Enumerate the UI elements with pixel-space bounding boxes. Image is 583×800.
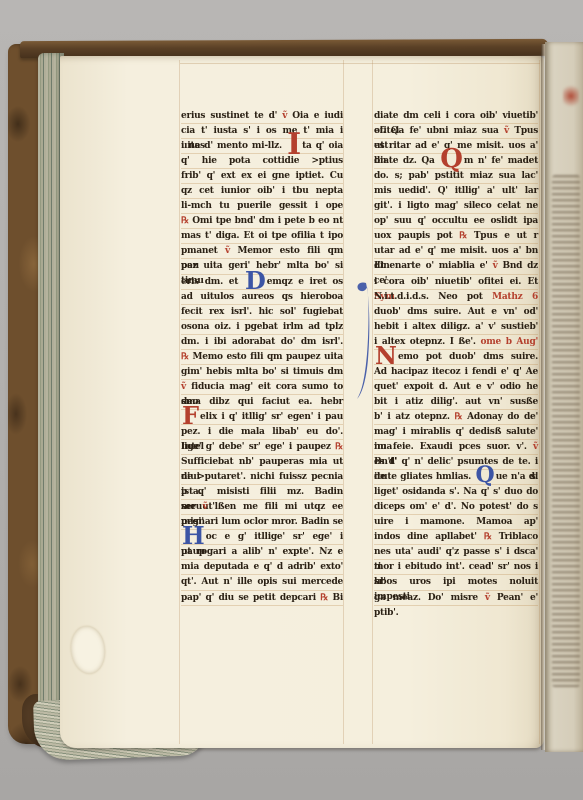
text-line: ut rogari a alib' n' expte'. Nz e [181, 545, 343, 560]
text-line: Nemo pot duob' dms suire. [374, 350, 538, 365]
text-line: bit i atiz dilig'. aut vn' susße [374, 395, 538, 410]
text-line: Felix i q' itllig' sr' egen' i pau [181, 410, 343, 425]
text-line: qz cet iunior oib' i tbu nepta [181, 184, 343, 199]
text-line: i cora oib' niuetib' ofitei ei. Et Sym [374, 275, 538, 290]
text-line: mia deputada e q' d adrib' exto' [181, 560, 343, 575]
text-segment: Et enarte o' miablia e' [374, 261, 493, 271]
rubric-mark: ℞ [335, 442, 343, 452]
text-segment: Triblaco [492, 532, 538, 542]
text-line: dm. i ibi adorabat do' dm isrl'. [181, 335, 343, 350]
text-line: uire i mamone. Mamoa ap' [374, 515, 538, 530]
text-line: diate dz. Qa Qm n' fe' madet [374, 154, 538, 169]
text-segment: ue n'a di [496, 472, 538, 482]
text-line: gim' hebis mlta bo' si timuis dm [181, 365, 343, 380]
text-line: indos dine apllabet' ℞ Triblaco [374, 530, 538, 545]
text-segment: osona oiz. i pgebat irlm ad tplz [181, 322, 343, 332]
illuminated-initial: Q [440, 144, 463, 174]
illuminated-initial: Q [476, 462, 495, 488]
text-line: qt'. Aut n' ille opis sui mercede [181, 575, 343, 590]
rubric-mark: ℞ [484, 532, 492, 542]
text-line: ei. Qa fe' ubni miaz sua ṽ Tpus est [374, 124, 538, 139]
leather-board-left [8, 44, 42, 744]
text-line: git'. i ligto mag' sileco celat ne [374, 199, 538, 214]
text-segment: me [181, 502, 203, 512]
gutter-seam [541, 44, 545, 750]
text-segment: mas t' diga. Et oi tpe ofilia t ipo [181, 231, 343, 241]
ruling-line-vertical [343, 60, 344, 744]
text-segment: Adonay do de' [462, 412, 538, 422]
text-line: i altex otepnz. I ße'. ome b Aug' [374, 335, 538, 350]
text-line: frib' q' ext ex ei gne iptiet. Cu [181, 169, 343, 184]
text-line: nu feie. Exaudi pces suor. v'. ṽ Bn't' [374, 440, 538, 455]
text-line: i ne d' mento mi-llz. Ita q' oia [181, 139, 343, 154]
text-line: diate dm celi i cora oib' viuetib' ofite… [374, 109, 538, 124]
text-segment: mis uedid'. Q' itllig' a' ult' lar [374, 186, 538, 196]
text-line: lige' g' debe' sr' ege' i paupez ℞ [181, 440, 343, 455]
text-line: b' i atz otepnz. ℞ Adonay do de' [374, 410, 538, 425]
rubric-mark: ℞ [320, 593, 328, 603]
text-segment: gim' hebis mlta bo' si timuis dm [181, 367, 343, 377]
ghost-rubric-mark [563, 84, 579, 108]
text-line: pap' q' diu se petit depcari ℞ Bi [181, 591, 343, 606]
text-line: mas t' diga. Et oi tpe ofilia t ipo [181, 229, 343, 244]
text-line: li-mch tu puerile gessit i ope [181, 199, 343, 214]
text-segment: diate dz. Qa [374, 156, 439, 166]
text-line: N.i.t.d.i.d.s. Neo pot Mathz 6 [374, 290, 538, 305]
text-segment: op' suu q' occultu ee oslidt ipa [374, 216, 538, 226]
text-line: mis uedid'. Q' itllig' a' ult' lar [374, 184, 538, 199]
ghost-text-showthrough [552, 175, 580, 687]
text-segment: li-mch tu puerile gessit i ope [181, 201, 343, 211]
manuscript-photo: erius sustinet te d' ṽ Oia e iudicia t' … [0, 0, 583, 800]
ruling-line-vertical [539, 60, 540, 744]
text-segment: git'. i ligto mag' sileco celat ne [374, 201, 538, 211]
text-segment: duob' dms suire. Aut e vn' od' [374, 307, 538, 317]
illuminated-initial: I [287, 127, 301, 162]
text-segment: ga meaz. Do' misre [374, 593, 485, 603]
text-line: utar ad e' q' me misit. uos a' bn din [374, 244, 538, 259]
text-line: sma dibz qui faciut ea. hebr [181, 395, 343, 410]
text-line: nes uta' audi' q'z passe s' i dsca' ti [374, 545, 538, 560]
rubric-mark: ℞ [181, 216, 189, 226]
text-line: pez. i die mala libab' eu do'. Intel [181, 425, 343, 440]
text-segment: Oia e iudi [287, 111, 343, 121]
text-segment: qz cet iunior oib' i tbu nepta [181, 186, 343, 196]
illuminated-initial: F [182, 401, 199, 430]
ruling-line-vertical [179, 60, 180, 744]
text-segment: diceps om' e' d'. No potest' do s [374, 502, 538, 512]
text-line: me ṽ lßen me fili mi utqz ee misi' [181, 500, 343, 515]
text-segment: pap' q' diu se petit depcari [181, 593, 320, 603]
text-segment: bit i atiz dilig'. aut vn' susße [374, 397, 538, 407]
text-segment: Tpus e ut r [467, 231, 538, 241]
text-line: pmanet ṽ Memor esto fili qm pau [181, 244, 343, 259]
text-line: hebit i altex diligz. a' v' sustieb' [374, 320, 538, 335]
text-segment: pegnari lum oclor mror. Badin se [181, 517, 343, 527]
text-segment: uire i mamone. Mamoa ap' [374, 517, 538, 527]
rubric-mark: ℞ [459, 231, 467, 241]
text-segment: N.i.t.d.i.d.s. Neo pot [374, 292, 492, 302]
text-line: op' suu q' occultu ee oslidt ipa [374, 214, 538, 229]
text-line: ℞ Memo esto fili qm paupez uita [181, 350, 343, 365]
text-line: p q' misisti filii mz. Badin seruut' [181, 485, 343, 500]
text-segment: emo pot duob' dms suire. [398, 352, 538, 362]
ruling-line-vertical [372, 60, 373, 744]
text-segment: i ne d' mento mi-llz. [181, 141, 286, 151]
text-segment: frib' q' ext ex ei gne iptiet. Cu [181, 171, 343, 181]
text-line: Ad hacipaz itecoz i fendi e' q' Ae [374, 365, 538, 380]
rubric-mark: Mathz 6 [492, 292, 538, 302]
text-line: cia t' iusta s' i os me t' mia i uitas [181, 124, 343, 139]
text-line: quet' expoit d. Aut e v' odio he [374, 380, 538, 395]
text-line: osona oiz. i pgebat irlm ad tplz [181, 320, 343, 335]
rubric-mark: ome b Aug' [481, 337, 539, 347]
text-segment: dm. i ibi adorabat do' dm isrl'. [181, 337, 343, 347]
text-line: Hoc e g' itllige' sr' ege' i paup [181, 530, 343, 545]
text-line: fecit rex isrl'. hic sol' fugiebat [181, 305, 343, 320]
text-line: Et enarte o' miablia e' ṽ Bnd dz ce' [374, 259, 538, 274]
illuminated-initial: H [182, 521, 205, 550]
flourished-initial-i [352, 279, 374, 401]
illuminated-initial: D [245, 266, 266, 295]
rubric-mark: ṽ [533, 442, 538, 452]
text-segment: pmanet [181, 246, 225, 256]
ruling-line-top [180, 63, 540, 64]
text-segment: nu feie. Exaudi pces suor. v'. [374, 442, 533, 452]
text-line: itute gliates hmlias. Que n'a di [374, 470, 538, 485]
text-segment: lige' g' debe' sr' ege' i paupez [181, 442, 335, 452]
text-line: pegnari lum oclor mror. Badin se [181, 515, 343, 530]
text-line: q' hie pota cottidie >ptius [181, 154, 343, 169]
text-segment: indos dine apllabet' [374, 532, 484, 542]
text-segment: uox paupis pot [374, 231, 459, 241]
text-segment: ut rogari a alib' n' expte'. Nz e [181, 547, 343, 557]
text-segment: fecit rex isrl'. hic sol' fugiebat [181, 307, 343, 317]
text-segment: q' hie pota cottidie >ptius [181, 156, 343, 166]
text-line: hbos uros ipi motes noluit impesti [374, 575, 538, 590]
text-segment: elix i q' itllig' sr' egen' i pau [200, 412, 343, 422]
text-segment: itute gliates hmlias. [374, 472, 475, 482]
text-segment: Bi [328, 593, 343, 603]
text-line: ṽ fiducia mag' eit cora sumo to deo [181, 380, 343, 395]
text-segment: ei. Qa fe' ubni miaz sua [374, 126, 504, 136]
text-line: uox paupis pot ℞ Tpus e ut r [374, 229, 538, 244]
text-segment: emqz e iret os [267, 277, 343, 287]
text-segment: Omi tpe bnd' dm i pete b eo nt [189, 216, 343, 226]
text-segment: i cora oib' niuetib' ofitei ei. Et [374, 277, 538, 287]
text-segment: Ad hacipaz itecoz i fendi e' q' Ae [374, 367, 538, 377]
rubric-mark: ℞ [181, 352, 189, 362]
text-line: duob' dms suire. Aut e vn' od' [374, 305, 538, 320]
text-segment: quet' expoit d. Aut e v' odio he [374, 382, 538, 392]
text-line: mor i ebitudo int'. cead' sr' nos i sr' [374, 560, 538, 575]
text-line: mag' i mirablis q' dedisß salute' ima [374, 425, 538, 440]
text-segment: hebit i altex diligz. a' v' sustieb' [374, 322, 538, 332]
text-segment: erius sustinet te d' [181, 111, 282, 121]
text-line: eris dm. et Demqz e iret os [181, 275, 343, 290]
text-segment: m n' fe' madet [464, 156, 538, 166]
text-segment: ta q' oia [302, 141, 343, 151]
text-line: Sufficiebat nb' pauperas mia ut diui [181, 455, 343, 470]
text-segment: b' i atz otepnz. [374, 412, 455, 422]
text-column-left: erius sustinet te d' ṽ Oia e iudicia t' … [181, 109, 343, 606]
illuminated-initial: N [375, 341, 397, 370]
text-line: diceps om' e' d'. No potest' do s [374, 500, 538, 515]
text-segment: liget' osidanda s'. Na q' s' duo do [374, 487, 538, 497]
text-segment: qt'. Aut n' ille opis sui mercede [181, 577, 343, 587]
text-segment: eris dm. et [181, 277, 244, 287]
text-line: ne >putaret'. nichi fuissz pecnia ista. [181, 470, 343, 485]
text-segment: sma dibz qui faciut ea. hebr [181, 397, 343, 407]
text-column-right: diate dm celi i cora oib' viuetib' ofite… [374, 109, 538, 606]
text-line: liget' osidanda s'. Na q' s' duo do [374, 485, 538, 500]
text-line: es d' q' n' delic' psumtes de te. i de s… [374, 455, 538, 470]
text-line: erius sustinet te d' ṽ Oia e iudi [181, 109, 343, 124]
text-segment: Memo esto fili qm paupez uita [189, 352, 343, 362]
text-line: ℞ Omi tpe bnd' dm i pete b eo nt [181, 214, 343, 229]
text-line: ga meaz. Do' misre ṽ Pean' e' ptib'. [374, 591, 538, 606]
text-segment: mia deputada e q' d adrib' exto' [181, 562, 343, 572]
